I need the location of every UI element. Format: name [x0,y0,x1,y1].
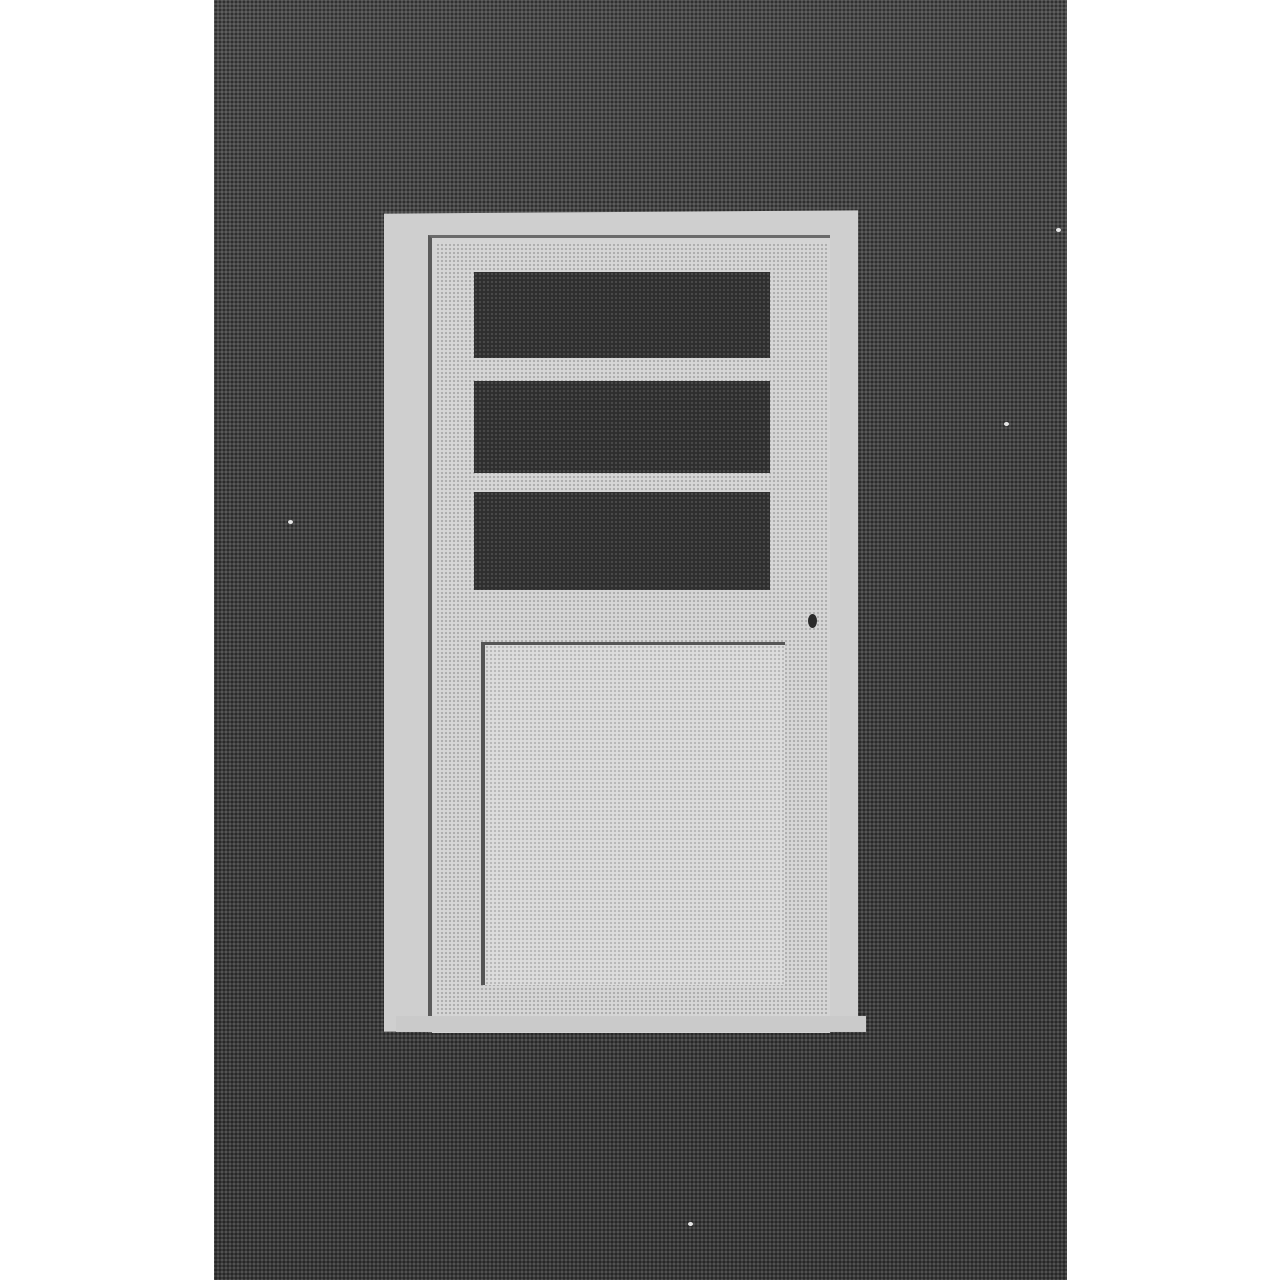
dust-speck [688,1222,693,1226]
glass-pane-middle [474,381,770,473]
dust-speck [1004,422,1009,426]
glass-pane-top [474,272,770,358]
door-threshold [396,1016,866,1032]
glass-pane-bottom [474,492,770,590]
dust-speck [288,520,293,524]
door-knob [808,614,817,628]
lower-door-panel [481,642,785,985]
dust-speck [1056,228,1061,232]
